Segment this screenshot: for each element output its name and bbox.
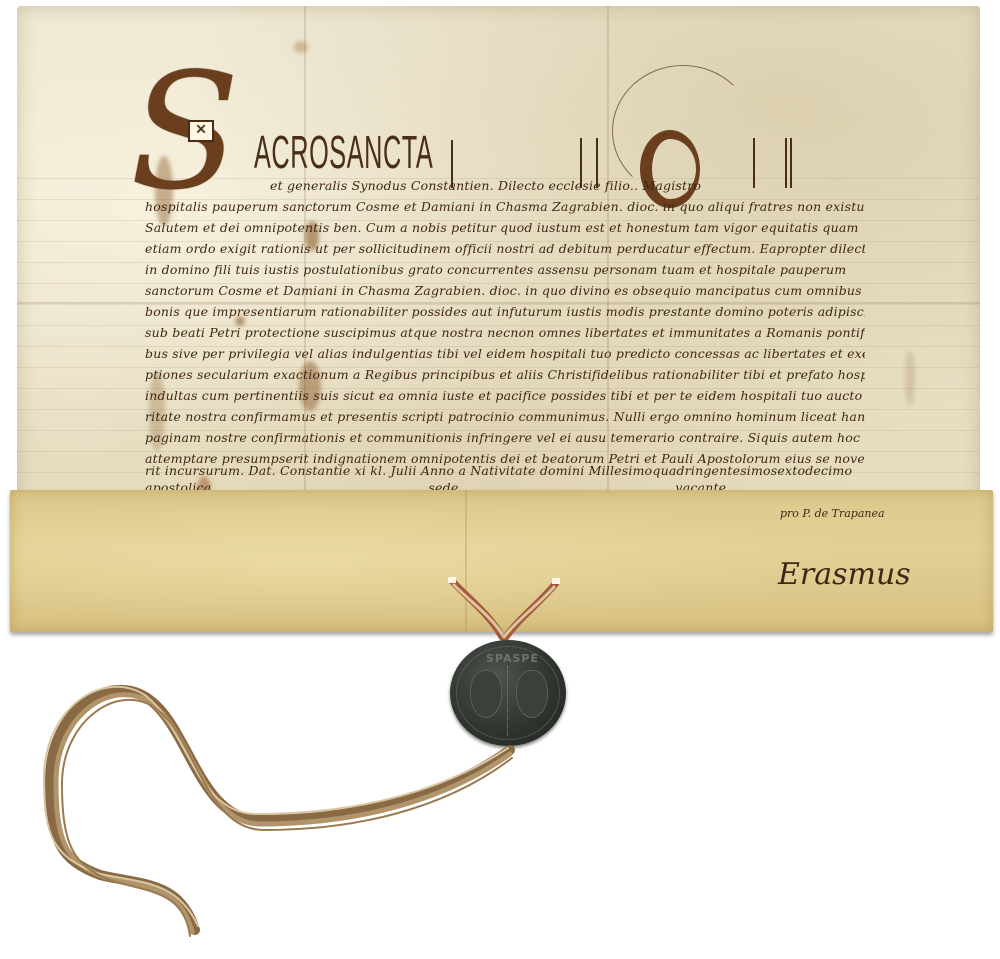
text-line-13: paginam nostre confirmationis et communi…: [145, 430, 865, 445]
text-line-5: in domino fili tuis iustis postulationib…: [145, 262, 865, 277]
text-line-6: sanctorum Cosme et Damiani in Chasma Zag…: [145, 283, 865, 298]
text-line-7: bonis que impresentiarum rationabiliter …: [145, 304, 865, 319]
registry-note: pro P. de Trapanea: [780, 507, 885, 520]
initial-letter: S: [130, 38, 240, 225]
seal-legend: SPASPE: [486, 652, 539, 665]
decorated-initial-s: S ✕: [130, 62, 260, 202]
text-line-11: indultas cum pertinentiis suis sicut ea …: [145, 388, 865, 403]
knot-ornament-icon: ✕: [188, 120, 214, 142]
silk-threads-icon: [20, 670, 540, 955]
text-line-15: rit incursurum. Dat. Constantie xi kl. J…: [145, 463, 865, 478]
text-line-12: ritate nostra confirmamus et presentis s…: [145, 409, 865, 424]
text-line-9: bus sive per privilegia vel alias indulg…: [145, 346, 865, 361]
text-line-4: etiam ordo exigit rationis ut per sollic…: [145, 241, 865, 256]
heading-elongated-letters: ACROSANCTA: [254, 125, 433, 179]
decorated-initial-d: [640, 130, 700, 208]
text-line-3: Salutem et dei omnipotentis ben. Cum a n…: [145, 220, 865, 235]
text-line-1: et generalis Synodus Constantien. Dilect…: [270, 178, 850, 193]
signature-text: Erasmus: [778, 557, 911, 592]
seal-cord-icon: [440, 575, 570, 650]
text-line-8: sub beati Petri protectione suscipimus a…: [145, 325, 865, 340]
text-line-2: hospitalis pauperum sanctorum Cosme et D…: [145, 199, 865, 214]
text-line-10: ptiones secularium exactionum a Regibus …: [145, 367, 865, 382]
scribe-signature: Erasmus: [778, 557, 911, 592]
